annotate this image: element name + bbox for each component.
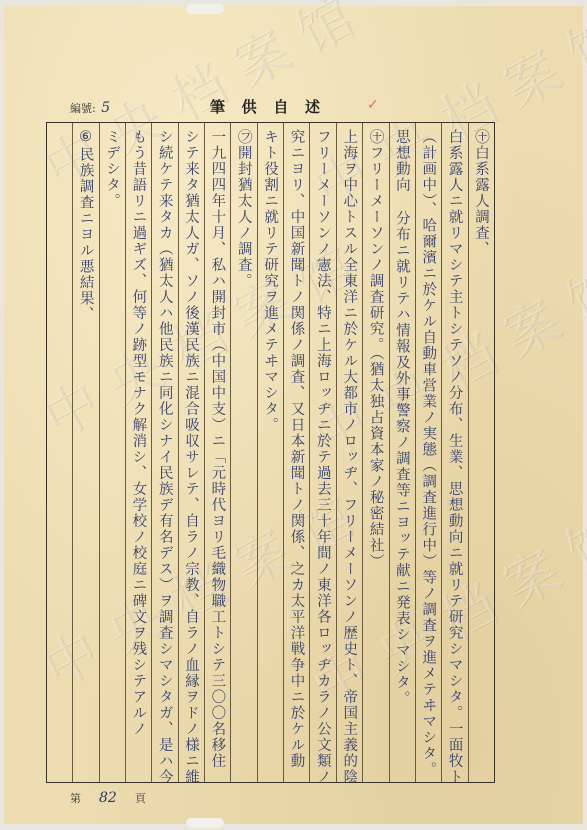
- title-char: 自: [273, 96, 288, 117]
- manuscript-column: （計画中）、哈爾濱ニ於ケル自動車営業ノ実態（調査進行中）等ノ調査ヲ進メテヰマシタ…: [415, 123, 441, 782]
- document-number-label: 編號:: [70, 102, 96, 115]
- binding-hole: [186, 818, 224, 828]
- page-prefix: 第: [70, 790, 81, 806]
- manuscript-column: ㊉フリーメーソンノ調査研究。（猶太独占資本家ノ秘密結社）: [362, 123, 388, 782]
- manuscript-column: シ続ケテ来タカ（猶太人ハ他民族ニ同化シナイ民族デ有名デス）ヲ調査シマシタガ、是ハ…: [151, 123, 177, 782]
- manuscript-column: ミデシタ。: [99, 123, 125, 782]
- manuscript-column: 一九四四年十月、私ハ開封市（中国中支）ニ「元時代ヨリ毛織物職工トシテ三〇〇名移住: [204, 123, 230, 782]
- manuscript-column: 白系露人ニ就リマシテ主トシテソノ分布、生業、思想動向ニ就リテ研究シマシタ。一面牧…: [441, 123, 467, 782]
- manuscript-column: 究ニヨリ、中国新聞トノ関係ノ調査、又日本新聞トノ関係、之カ太平洋戦争中ニ於ケル動: [283, 123, 309, 782]
- manuscript-column: シテ来タ猶太人ガ、ソノ後漢民族ニ混合吸収サレテ、自ラノ宗教、自ラノ血縁ヲドノ様ニ…: [178, 123, 204, 782]
- page-suffix: 頁: [135, 790, 146, 806]
- check-mark-icon: ✓: [367, 97, 379, 113]
- document-title: 筆 供 自 述: [210, 96, 320, 117]
- document-number: 編號: 5: [70, 100, 110, 116]
- manuscript-column: ⑥民族調査ニヨル悪結果、: [72, 123, 98, 782]
- page-number: 82: [99, 790, 117, 806]
- title-char: 述: [305, 96, 320, 117]
- manuscript-column: 思想動向 分布ニ就リテハ情報及外事警察ノ調査等ニヨッテ献ニ発表シマシタ。: [389, 123, 415, 782]
- manuscript-column: 上海ヲ中心トスル全東洋ニ於ケル大都市ノロッヂ、フリーメーソンノ歴史ト、帝国主義的…: [336, 123, 362, 782]
- manuscript-column: もう昔語リニ過ギズ、何等ノ跡型モナク解消シ、女学校ノ校庭ニ碑文ヲ残シテアルノ: [125, 123, 151, 782]
- document-number-value: 5: [101, 100, 110, 116]
- manuscript-column: キト役割ニ就リテ研究ヲ進メテヰマシタ。: [257, 123, 283, 782]
- manuscript-column: ㊉白系露人調査、: [468, 123, 494, 782]
- manuscript-grid: ㊉白系露人調査、 白系露人ニ就リマシテ主トシテソノ分布、生業、思想動向ニ就リテ研…: [46, 122, 495, 783]
- manuscript-column: ㋫開封猶太人ノ調査。: [230, 123, 256, 782]
- manuscript-column: [47, 123, 72, 782]
- page-footer: 第 82 頁: [70, 790, 146, 806]
- title-char: 供: [242, 96, 257, 117]
- manuscript-column: フリーメーソンノ憲法、特ニ上海ロッヂニ於テ過去三十年間ノ東洋各ロッヂカラノ公文類…: [309, 123, 335, 782]
- binding-hole: [186, 4, 224, 14]
- title-char: 筆: [210, 96, 225, 117]
